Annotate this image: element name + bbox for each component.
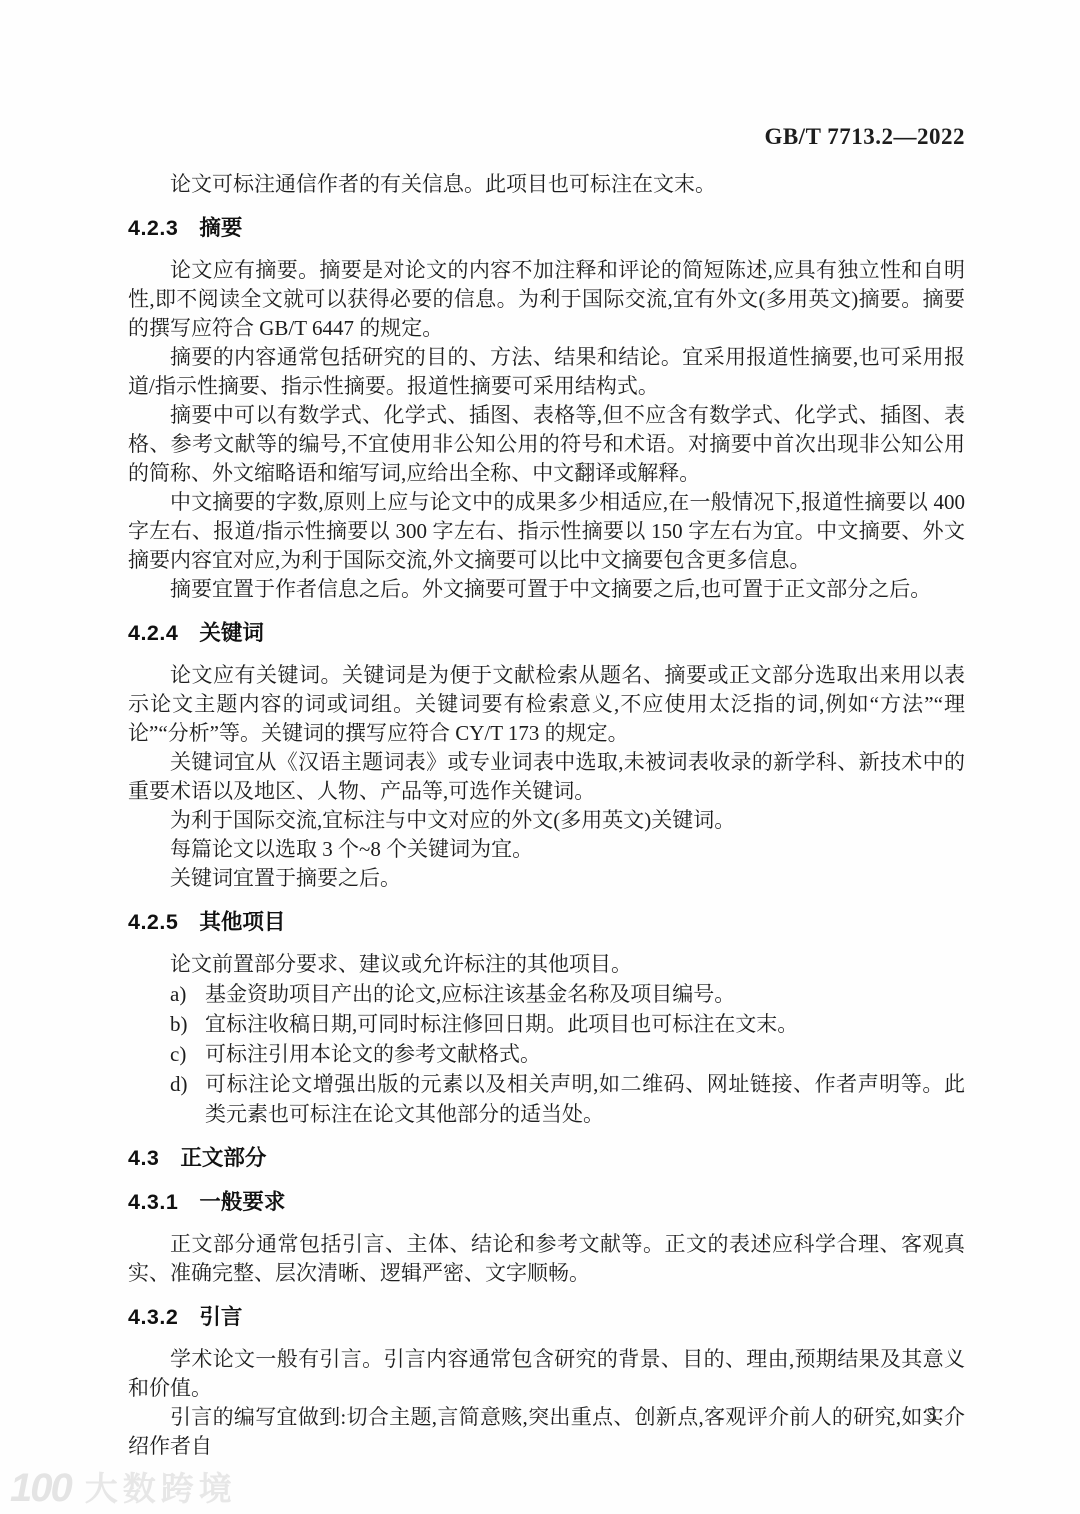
section-number: 4.3.2 (128, 1305, 178, 1329)
list-item: d)可标注论文增强出版的元素以及相关声明,如二维码、网址链接、作者声明等。此类元… (128, 1069, 965, 1129)
watermark: 100 大数跨境 (10, 1468, 237, 1508)
section-heading-4-2-4: 4.2.4关键词 (128, 619, 965, 648)
list-item-label: b) (170, 1009, 188, 1039)
paragraph: 论文前置部分要求、建议或允许标注的其他项目。 (128, 950, 965, 979)
list-item-text: 宜标注收稿日期,可同时标注修回日期。此项目也可标注在文末。 (205, 1012, 798, 1036)
section-number: 4.3.1 (128, 1190, 178, 1214)
header: GB/T 7713.2—2022 (128, 122, 965, 152)
paragraph: 论文应有关键词。关键词是为便于文献检索从题名、摘要或正文部分选取出来用以表示论文… (128, 661, 965, 748)
section-heading-4-2-3: 4.2.3摘要 (128, 214, 965, 243)
list-item-label: a) (170, 979, 186, 1009)
section-title: 引言 (199, 1305, 242, 1329)
page-number: 3 (927, 1403, 938, 1428)
paragraph: 每篇论文以选取 3 个~8 个关键词为宜。 (128, 835, 965, 864)
lettered-list: a)基金资助项目产出的论文,应标注该基金名称及项目编号。 b)宜标注收稿日期,可… (128, 979, 965, 1129)
list-item-label: c) (170, 1039, 186, 1069)
paragraph: 论文可标注通信作者的有关信息。此项目也可标注在文末。 (128, 170, 965, 199)
standard-number: GB/T 7713.2—2022 (764, 124, 965, 149)
section-number: 4.2.3 (128, 216, 178, 240)
paragraph: 中文摘要的字数,原则上应与论文中的成果多少相适应,在一般情况下,报道性摘要以 4… (128, 488, 965, 575)
paragraph: 摘要中可以有数学式、化学式、插图、表格等,但不应含有数学式、化学式、插图、表格、… (128, 401, 965, 488)
section-number: 4.3 (128, 1146, 159, 1170)
section-number: 4.2.4 (128, 621, 178, 645)
section-heading-4-2-5: 4.2.5其他项目 (128, 908, 965, 937)
list-item: a)基金资助项目产出的论文,应标注该基金名称及项目编号。 (128, 979, 965, 1009)
paragraph: 关键词宜从《汉语主题词表》或专业词表中选取,未被词表收录的新学科、新技术中的重要… (128, 748, 965, 806)
list-item-text: 可标注引用本论文的参考文献格式。 (205, 1042, 541, 1066)
section-title: 关键词 (199, 621, 264, 645)
list-item-text: 可标注论文增强出版的元素以及相关声明,如二维码、网址链接、作者声明等。此类元素也… (205, 1072, 965, 1126)
section-title: 其他项目 (199, 910, 285, 934)
section-heading-4-3: 4.3正文部分 (128, 1144, 965, 1173)
list-item: c)可标注引用本论文的参考文献格式。 (128, 1039, 965, 1069)
section-title: 一般要求 (199, 1190, 285, 1214)
section-heading-4-3-2: 4.3.2引言 (128, 1303, 965, 1332)
section-heading-4-3-1: 4.3.1一般要求 (128, 1188, 965, 1217)
list-item-text: 基金资助项目产出的论文,应标注该基金名称及项目编号。 (205, 982, 735, 1006)
list-item-label: d) (170, 1069, 188, 1099)
watermark-logo: 100 (10, 1468, 71, 1508)
section-title: 正文部分 (180, 1146, 266, 1170)
section-title: 摘要 (199, 216, 242, 240)
list-item: b)宜标注收稿日期,可同时标注修回日期。此项目也可标注在文末。 (128, 1009, 965, 1039)
paragraph: 论文应有摘要。摘要是对论文的内容不加注释和评论的简短陈述,应具有独立性和自明性,… (128, 256, 965, 343)
watermark-text: 大数跨境 (85, 1470, 237, 1508)
paragraph: 引言的编写宜做到:切合主题,言简意赅,突出重点、创新点,客观评介前人的研究,如实… (128, 1403, 965, 1461)
paragraph: 正文部分通常包括引言、主体、结论和参考文献等。正文的表述应科学合理、客观真实、准… (128, 1230, 965, 1288)
paragraph: 学术论文一般有引言。引言内容通常包含研究的背景、目的、理由,预期结果及其意义和价… (128, 1345, 965, 1403)
section-number: 4.2.5 (128, 910, 178, 934)
document-page: GB/T 7713.2—2022 论文可标注通信作者的有关信息。此项目也可标注在… (0, 0, 1080, 1514)
paragraph: 摘要的内容通常包括研究的目的、方法、结果和结论。宜采用报道性摘要,也可采用报道/… (128, 343, 965, 401)
paragraph: 关键词宜置于摘要之后。 (128, 864, 965, 893)
paragraph: 摘要宜置于作者信息之后。外文摘要可置于中文摘要之后,也可置于正文部分之后。 (128, 575, 965, 604)
paragraph: 为利于国际交流,宜标注与中文对应的外文(多用英文)关键词。 (128, 806, 965, 835)
